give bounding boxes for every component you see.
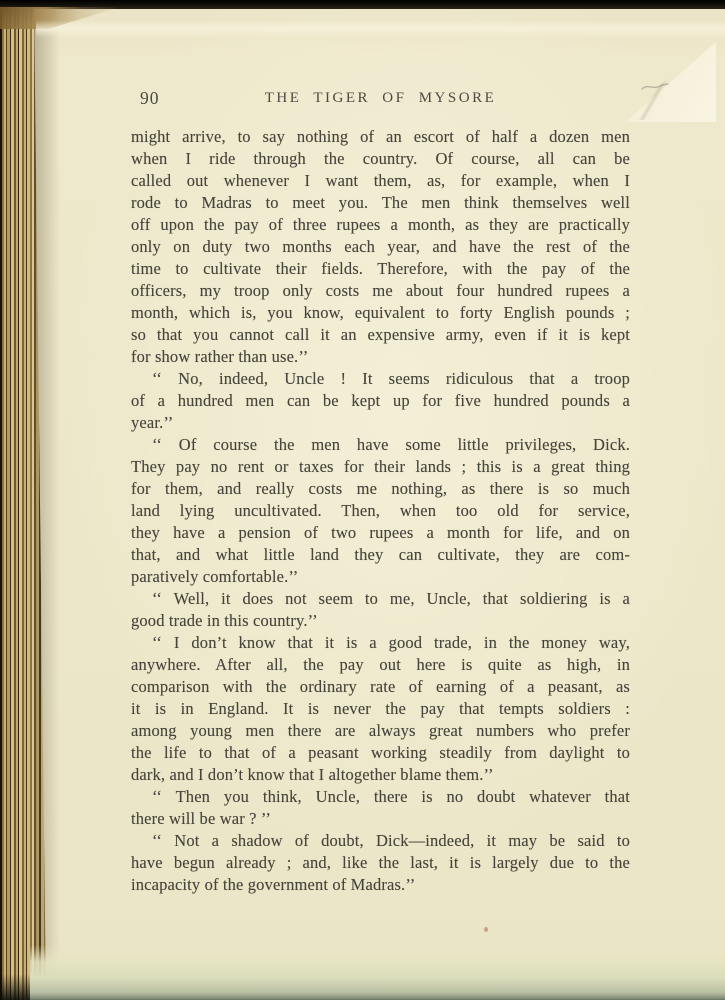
- text-line: the life to that of a peasant working st…: [131, 742, 630, 764]
- text-line: it is in England. It is never the pay th…: [131, 698, 630, 720]
- text-line: called out whenever I want them, as, for…: [131, 170, 630, 192]
- bottom-page-shadow: [30, 945, 725, 1000]
- text-line: anywhere. After all, the pay out here is…: [131, 654, 630, 676]
- text-line: good trade in this country.’’: [131, 610, 630, 632]
- text-line: ‘‘ I don’t know that it is a good trade,…: [131, 632, 630, 654]
- text-line: when I ride through the country. Of cour…: [131, 148, 630, 170]
- text-line: ‘‘ Well, it does not seem to me, Uncle, …: [131, 588, 630, 610]
- running-head: 90 THE TIGER OF MYSORE: [131, 88, 630, 110]
- pencil-mark: [640, 80, 670, 94]
- text-line: time to cultivate their fields. Therefor…: [131, 258, 630, 280]
- text-line: off upon the pay of three rupees a month…: [131, 214, 630, 236]
- page-edge-shadow: [34, 6, 60, 1000]
- text-line: have begun already ; and, like the last,…: [131, 852, 630, 874]
- text-line: ‘‘ Of course the men have some little pr…: [131, 434, 630, 456]
- text-line: ‘‘ Not a shadow of doubt, Dick—indeed, i…: [131, 830, 630, 852]
- text-line: ‘‘ No, indeed, Uncle ! It seems ridiculo…: [131, 368, 630, 390]
- text-line: for show rather than use.’’: [131, 346, 630, 368]
- text-line: of a hundred men can be kept up for five…: [131, 390, 630, 412]
- text-line: might arrive, to say nothing of an escor…: [131, 126, 630, 148]
- text-line: only on duty two months each year, and h…: [131, 236, 630, 258]
- text-line: paratively comfortable.’’: [131, 566, 630, 588]
- text-line: there will be war ? ’’: [131, 808, 630, 830]
- text-line: comparison with the ordinary rate of ear…: [131, 676, 630, 698]
- text-line: month, which is, you know, equivalent to…: [131, 302, 630, 324]
- ink-speck: [484, 927, 488, 932]
- text-line: incapacity of the government of Madras.’…: [131, 874, 630, 896]
- text-line: They pay no rent or taxes for their land…: [131, 456, 630, 478]
- body-text: might arrive, to say nothing of an escor…: [131, 126, 630, 896]
- text-line: so that you cannot call it an expensive …: [131, 324, 630, 346]
- text-line: officers, my troop only costs me about f…: [131, 280, 630, 302]
- top-light-band: [36, 20, 725, 38]
- text-line: land lying uncultivated. Then, when too …: [131, 500, 630, 522]
- running-title: THE TIGER OF MYSORE: [131, 90, 630, 107]
- text-line: that, and what little land they can cult…: [131, 544, 630, 566]
- book-page-scan: 90 THE TIGER OF MYSORE might arrive, to …: [0, 0, 725, 1000]
- text-line: ‘‘ Then you think, Uncle, there is no do…: [131, 786, 630, 808]
- text-line: rode to Madras to meet you. The men thin…: [131, 192, 630, 214]
- text-line: among young men there are always great n…: [131, 720, 630, 742]
- text-line: for them, and really costs me nothing, a…: [131, 478, 630, 500]
- text-line: they have a pension of two rupees a mont…: [131, 522, 630, 544]
- text-line: dark, and I don’t know that I altogether…: [131, 764, 630, 786]
- text-line: year.’’: [131, 412, 630, 434]
